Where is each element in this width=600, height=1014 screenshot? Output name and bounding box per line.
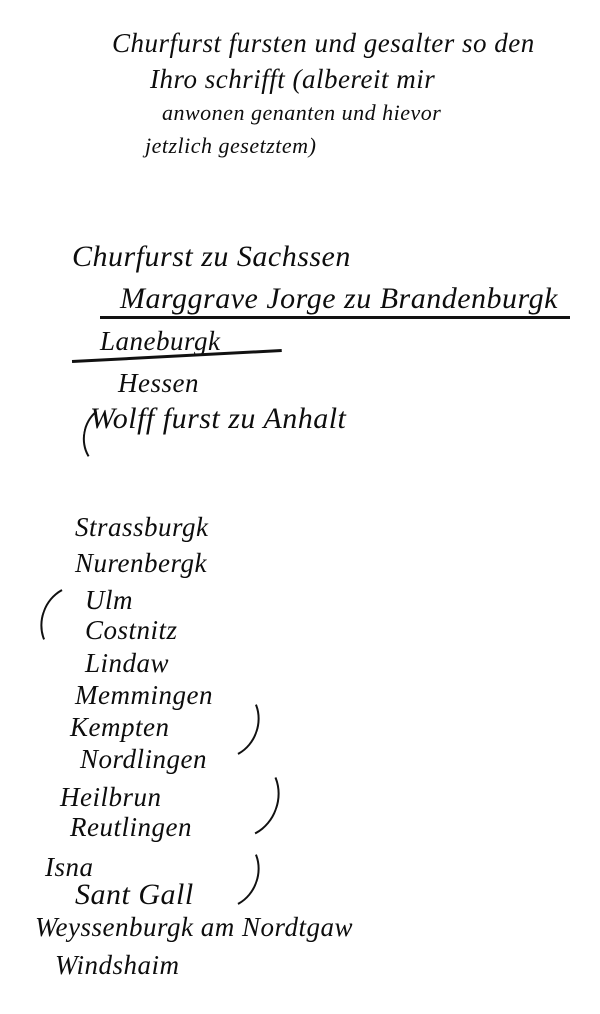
preamble-line: Ihro schrifft (albereit mir [150,64,435,95]
signature-city: Sant Gall [75,878,194,912]
flourish [184,826,269,917]
signature-prince: Marggrave Jorge zu Brandenburgk [120,282,558,316]
preamble-line: Churfurst fursten und gesalter so den [112,28,535,59]
signature-city: Kempten [70,712,169,743]
signature-city: Windshaim [55,950,180,981]
signature-prince: Churfurst zu Sachssen [72,240,351,274]
preamble-line: anwonen genanten und hievor [162,100,441,126]
preamble-line: jetzlich gesetztem) [145,133,316,159]
signature-city: Nurenbergk [75,548,207,579]
signature-city: Lindaw [85,648,169,679]
signature-city: Weyssenburgk am Nordtgaw [35,912,353,943]
signature-prince: Hessen [118,368,199,399]
signature-city: Heilbrun [60,782,162,813]
flourish [193,745,291,849]
signature-city: Strassburgk [75,512,209,543]
flourish-underline [100,316,570,319]
signature-city: Memmingen [75,680,213,711]
signature-city: Nordlingen [80,744,207,775]
signature-city: Reutlingen [70,812,192,843]
